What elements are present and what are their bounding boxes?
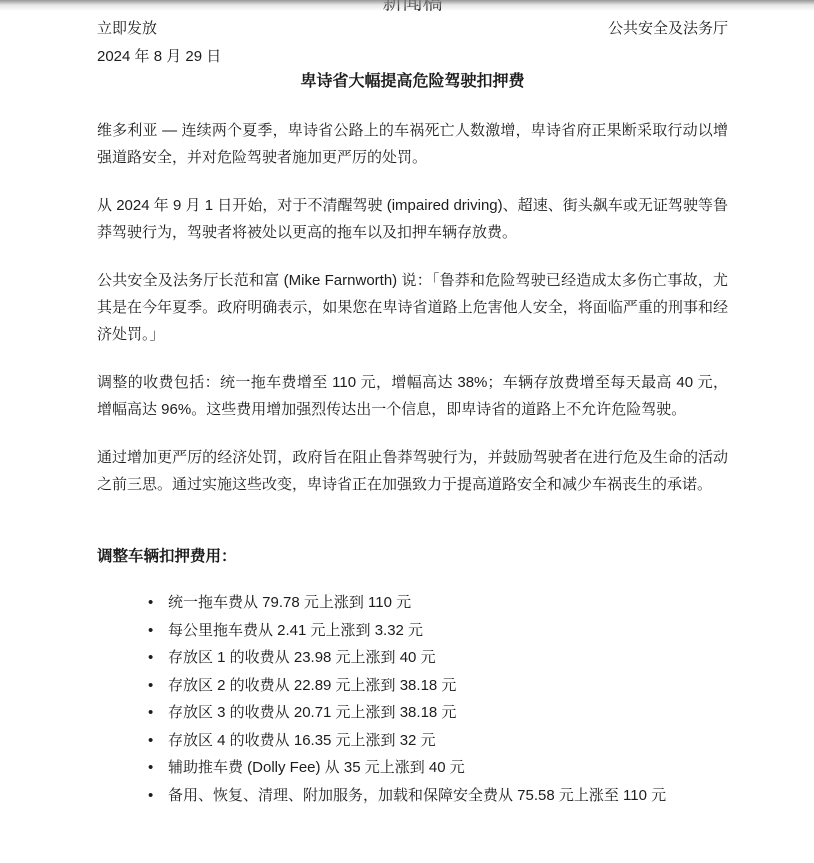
headline: 卑诗省大幅提高危险驾驶扣押费 [97, 73, 728, 91]
body-paragraph: 通过增加更严厉的经济处罚，政府旨在阻止鲁莽驾驶行为，并鼓励驾驶者在进行危及生命的… [97, 444, 728, 498]
fee-list-item: 备用、恢复、清理、附加服务，加载和保障安全费从 75.58 元上涨至 110 元 [97, 782, 728, 810]
body-paragraph: 维多利亚 — 连续两个夏季，卑诗省公路上的车祸死亡人数激增，卑诗省府正果断采取行… [97, 117, 728, 171]
fee-list-item: 存放区 1 的收费从 23.98 元上涨到 40 元 [97, 644, 728, 672]
fee-list-item: 存放区 2 的收费从 22.89 元上涨到 38.18 元 [97, 672, 728, 700]
ministry-name: 公共安全及法务厅 [608, 20, 728, 37]
release-info-row: 立即发放 公共安全及法务厅 [97, 20, 728, 37]
fee-list-item: 每公里拖车费从 2.41 元上涨到 3.32 元 [97, 617, 728, 645]
article-text: 维多利亚 — 连续两个夏季，卑诗省公路上的车祸死亡人数激增，卑诗省府正果断采取行… [97, 117, 728, 498]
release-date: 2024 年 8 月 29 日 [97, 48, 728, 65]
press-release-page: 新闻稿 立即发放 公共安全及法务厅 2024 年 8 月 29 日 卑诗省大幅提… [0, 0, 814, 863]
fee-list-item: 存放区 4 的收费从 16.35 元上涨到 32 元 [97, 727, 728, 755]
release-status: 立即发放 [97, 20, 157, 37]
document-body: 新闻稿 立即发放 公共安全及法务厅 2024 年 8 月 29 日 卑诗省大幅提… [0, 0, 814, 809]
masthead-title: 新闻稿 [97, 0, 728, 13]
body-paragraph: 公共安全及法务厅长范和富 (Mike Farnworth) 说：「鲁莽和危险驾驶… [97, 267, 728, 348]
fee-list-item: 统一拖车费从 79.78 元上涨到 110 元 [97, 589, 728, 617]
fee-list-item: 存放区 3 的收费从 20.71 元上涨到 38.18 元 [97, 699, 728, 727]
fee-list: 统一拖车费从 79.78 元上涨到 110 元 每公里拖车费从 2.41 元上涨… [97, 589, 728, 809]
fee-list-item: 辅助推车费 (Dolly Fee) 从 35 元上涨到 40 元 [97, 754, 728, 782]
section-heading-fee-adjustments: 调整车辆扣押费用： [97, 543, 728, 570]
body-paragraph: 调整的收费包括：统一拖车费增至 110 元，增幅高达 38%；车辆存放费增至每天… [97, 369, 728, 423]
body-paragraph: 从 2024 年 9 月 1 日开始，对于不清醒驾驶 (impaired dri… [97, 192, 728, 246]
